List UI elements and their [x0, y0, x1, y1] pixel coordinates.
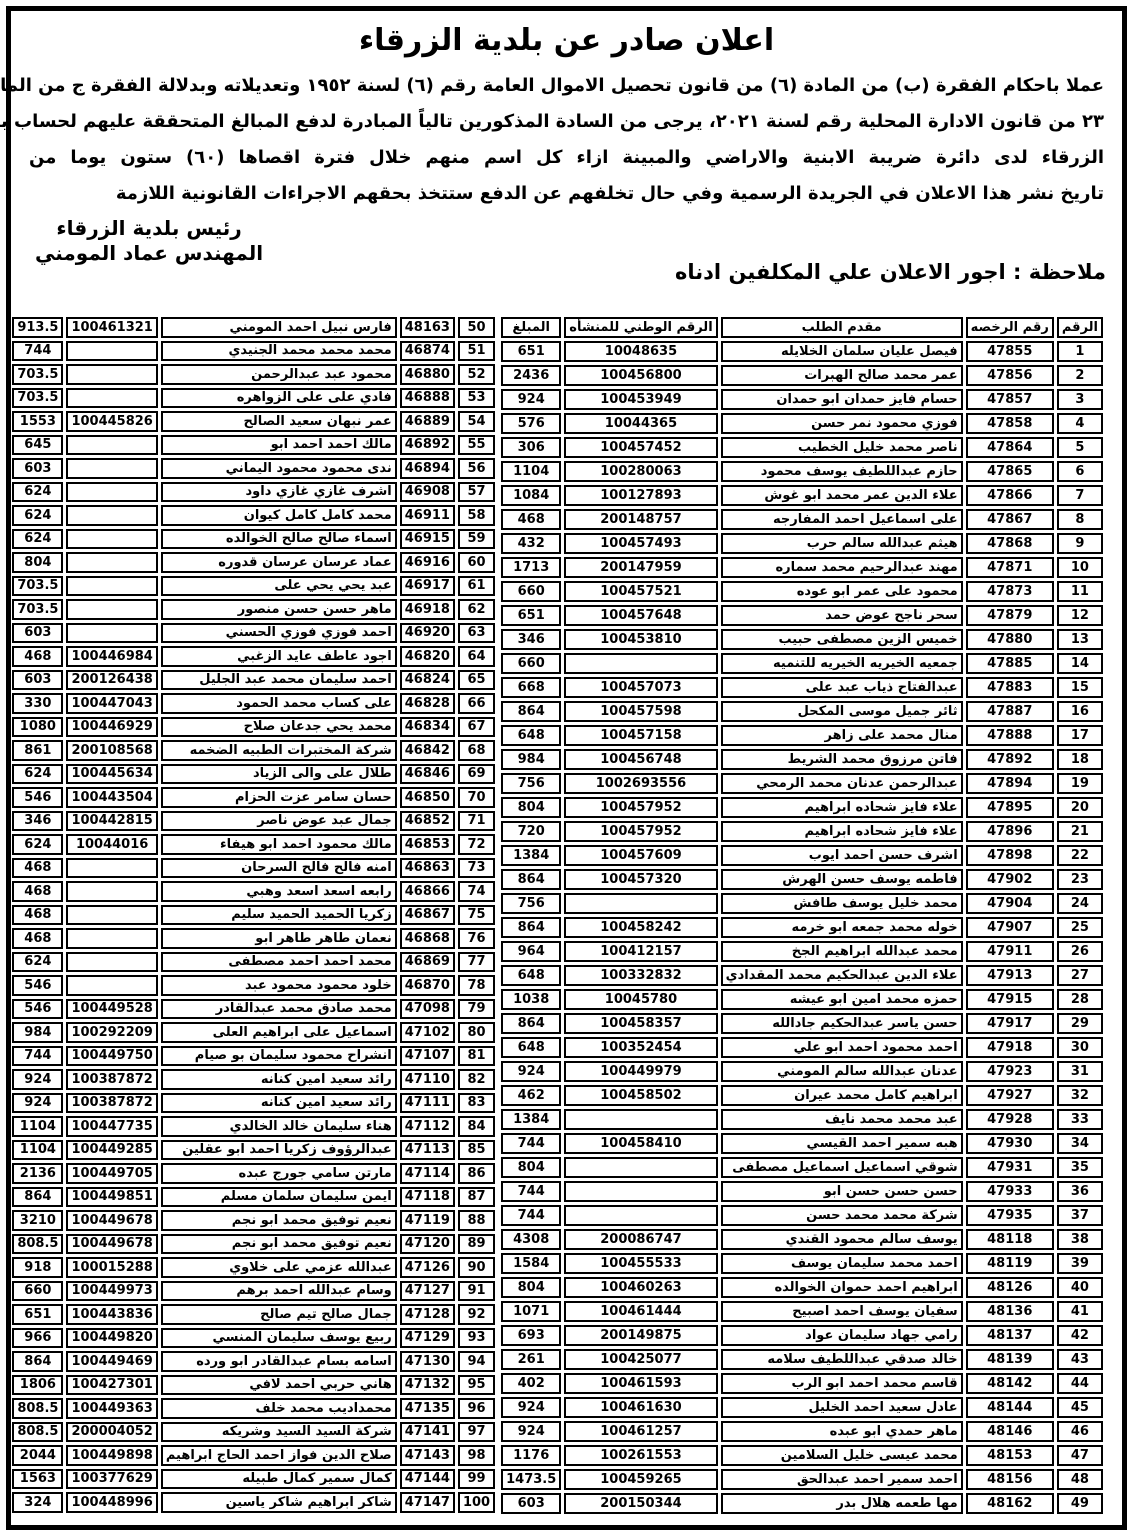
national-id-cell: 100461257 — [564, 1421, 717, 1442]
applicant-name-cell: نعيم توفيق محمد ابو نجم — [161, 1210, 397, 1231]
license-number-cell: 47917 — [966, 1013, 1054, 1034]
license-number-cell: 47895 — [966, 797, 1054, 818]
license-number-cell: 48162 — [966, 1493, 1054, 1514]
column-header: مقدم الطلب — [721, 317, 963, 338]
table-row: 747866علاء الدين عمر محمد ابو غوش1001278… — [501, 485, 1103, 506]
applicant-name-cell: سحر ناجح عوض حمد — [721, 605, 963, 626]
amount-cell: 261 — [501, 1349, 561, 1370]
row-number-cell: 33 — [1057, 1109, 1103, 1130]
license-number-cell: 47933 — [966, 1181, 1054, 1202]
row-number-cell: 5 — [1057, 437, 1103, 458]
license-number-cell: 46863 — [400, 858, 455, 879]
national-id-cell — [564, 653, 717, 674]
license-number-cell: 46868 — [400, 928, 455, 949]
row-number-cell: 11 — [1057, 581, 1103, 602]
license-number-cell: 46867 — [400, 905, 455, 926]
table-row: 4848156احمد سمير احمد عبدالحق10045926514… — [501, 1469, 1103, 1490]
license-number-cell: 47871 — [966, 557, 1054, 578]
amount-cell: 648 — [501, 725, 561, 746]
license-number-cell: 46874 — [400, 341, 455, 362]
table-row: 8847119نعيم توفيق محمد ابو نجم1004496783… — [12, 1210, 495, 1231]
applicant-name-cell: اجود عاطف عايد الزغبي — [161, 646, 397, 667]
row-number-cell: 94 — [458, 1351, 495, 1372]
license-number-cell: 47129 — [400, 1328, 455, 1349]
row-number-cell: 41 — [1057, 1301, 1103, 1322]
applicant-name-cell: خالد صدقي عبداللطيف سلامه — [721, 1349, 963, 1370]
national-id-cell — [66, 928, 157, 949]
license-number-cell: 48163 — [400, 317, 455, 338]
license-number-cell: 46870 — [400, 975, 455, 996]
applicant-name-cell: حازم عبداللطيف يوسف محمود — [721, 461, 963, 482]
row-number-cell: 71 — [458, 811, 495, 832]
applicant-name-cell: نعيم توفيق محمد ابو نجم — [161, 1234, 397, 1255]
table-row: 7346863امنه فالح فالح السرحان468 — [12, 858, 495, 879]
table-row: 8247110رائد سعيد امين كنانه100387872924 — [12, 1069, 495, 1090]
applicant-name-cell: شوقي اسماعيل اسماعيل مصطفى — [721, 1157, 963, 1178]
amount-cell: 756 — [501, 773, 561, 794]
table-row: 1847892فاتن مرزوق محمد الشريط10045674898… — [501, 749, 1103, 770]
header-row: الرقمرقم الرخصهمقدم الطلبالرقم الوطني لل… — [501, 317, 1103, 338]
national-id-cell: 100461630 — [564, 1397, 717, 1418]
table-row: 4048126ابراهيم احمد حموان الخوالده100460… — [501, 1277, 1103, 1298]
applicant-name-cell: احمد سليمان محمد عبد الجليل — [161, 670, 397, 691]
national-id-cell: 100449285 — [66, 1140, 157, 1161]
license-number-cell: 47904 — [966, 893, 1054, 914]
applicant-name-cell: نعمان طاهر طاهر ابو — [161, 928, 397, 949]
national-id-cell: 200108568 — [66, 740, 157, 761]
applicant-name-cell: ثائر جميل موسى المكحل — [721, 701, 963, 722]
table-row: 4648146ماهر حمدي ابو عبده100461257924 — [501, 1421, 1103, 1442]
national-id-cell: 100292209 — [66, 1022, 157, 1043]
applicant-name-cell: عادل سعيد احمد الخليل — [721, 1397, 963, 1418]
row-number-cell: 37 — [1057, 1205, 1103, 1226]
national-id-cell: 100457320 — [564, 869, 717, 890]
applicant-name-cell: زكريا الحميد الحميد سليم — [161, 905, 397, 926]
license-number-cell: 47135 — [400, 1398, 455, 1419]
applicant-name-cell: ربيع يوسف سليمان المنسي — [161, 1328, 397, 1349]
row-number-cell: 78 — [458, 975, 495, 996]
license-number-cell: 46892 — [400, 435, 455, 456]
applicant-name-cell: انشراح محمود سليمان بو صيام — [161, 1046, 397, 1067]
amount-cell: 756 — [501, 893, 561, 914]
license-number-cell: 47127 — [400, 1281, 455, 1302]
row-number-cell: 76 — [458, 928, 495, 949]
applicant-name-cell: عبدالرحمن عدنان محمد الرمحي — [721, 773, 963, 794]
row-number-cell: 24 — [1057, 893, 1103, 914]
national-id-cell — [66, 552, 157, 573]
row-number-cell: 97 — [458, 1422, 495, 1443]
national-id-cell — [66, 952, 157, 973]
table-row: 547864ناصر محمد خليل الخطيب100457452306 — [501, 437, 1103, 458]
row-number-cell: 54 — [458, 411, 495, 432]
national-id-cell: 100459265 — [564, 1469, 717, 1490]
row-number-cell: 25 — [1057, 917, 1103, 938]
table-row: 9647135محمداديب محمد خلف100449363808.5 — [12, 1398, 495, 1419]
row-number-cell: 44 — [1057, 1373, 1103, 1394]
applicant-name-cell: جمعيه الخيريه الخيريه للتنميه — [721, 653, 963, 674]
table-row: 147855فيصل عليان سلمان الخلايله100486356… — [501, 341, 1103, 362]
national-id-cell — [564, 893, 717, 914]
table-row: 7446866رابعه اسعد اسعد وهبي468 — [12, 881, 495, 902]
license-number-cell: 48144 — [966, 1397, 1054, 1418]
license-number-cell: 47894 — [966, 773, 1054, 794]
table-row: 8947120نعيم توفيق محمد ابو نجم1004496788… — [12, 1234, 495, 1255]
amount-cell: 703.5 — [12, 364, 63, 385]
amount-cell: 1176 — [501, 1445, 561, 1466]
national-id-cell: 100460263 — [564, 1277, 717, 1298]
applicant-name-cell: اسماء صالح صالح الخوالده — [161, 529, 397, 550]
national-id-cell: 100280063 — [564, 461, 717, 482]
table-row: 4748153محمد عيسى خليل السلامين1002615531… — [501, 1445, 1103, 1466]
row-number-cell: 39 — [1057, 1253, 1103, 1274]
applicant-name-cell: فاطمه يوسف حسن الهرش — [721, 869, 963, 890]
amount-cell: 624 — [12, 482, 63, 503]
table-row: 5146874محمد محمد محمد الجنيدي744 — [12, 341, 495, 362]
national-id-cell: 100352454 — [564, 1037, 717, 1058]
amount-cell: 1473.5 — [501, 1469, 561, 1490]
national-id-cell: 100449678 — [66, 1234, 157, 1255]
amount-cell: 468 — [501, 509, 561, 530]
license-number-cell: 47918 — [966, 1037, 1054, 1058]
amount-cell: 703.5 — [12, 576, 63, 597]
amount-cell: 808.5 — [12, 1234, 63, 1255]
national-id-cell — [564, 1205, 717, 1226]
applicant-name-cell: عبدالرؤوف زكريا احمد ابو عقلين — [161, 1140, 397, 1161]
national-id-cell — [66, 482, 157, 503]
amount-cell: 1384 — [501, 845, 561, 866]
table-row: 5746908اشرف غازي غازي داود624 — [12, 482, 495, 503]
national-id-cell: 200004052 — [66, 1422, 157, 1443]
table-row: 5546892مالك احمد احمد ابو645 — [12, 435, 495, 456]
row-number-cell: 88 — [458, 1210, 495, 1231]
amount-cell: 468 — [12, 905, 63, 926]
row-number-cell: 13 — [1057, 629, 1103, 650]
table-row: 6346920احمد فوزي فوزي الحسني603 — [12, 623, 495, 644]
license-number-cell: 47902 — [966, 869, 1054, 890]
national-id-cell: 100449528 — [66, 999, 157, 1020]
row-number-cell: 63 — [458, 623, 495, 644]
table-row: 5048163فارس نبيل احمد المومني10046132191… — [12, 317, 495, 338]
license-number-cell: 47126 — [400, 1257, 455, 1278]
national-id-cell: 100458357 — [564, 1013, 717, 1034]
body-line: تاريخ نشر هذا الاعلان في الجريدة الرسمية… — [29, 176, 1104, 212]
national-id-cell: 100332832 — [564, 965, 717, 986]
table-row: 7846870خلود محمود محمود عبد546 — [12, 975, 495, 996]
table-row: 7146852جمال عبد عوض ناصر100442815346 — [12, 811, 495, 832]
license-number-cell: 47927 — [966, 1085, 1054, 1106]
national-id-cell — [66, 975, 157, 996]
license-number-cell: 46894 — [400, 458, 455, 479]
national-id-cell — [66, 905, 157, 926]
applicant-name-cell: محمود على عمر ابو عوده — [721, 581, 963, 602]
table-row: 5446889عمر نبهان سعيد الصالح100445826155… — [12, 411, 495, 432]
license-number-cell: 46869 — [400, 952, 455, 973]
signature-title: رئيس بلدية الزرقاء — [35, 216, 263, 241]
applicant-name-cell: هناء سليمان خالد الخالدي — [161, 1116, 397, 1137]
amount-cell: 924 — [12, 1069, 63, 1090]
table-row: 5646894ندى محمود محمود اليماني603 — [12, 458, 495, 479]
row-number-cell: 28 — [1057, 989, 1103, 1010]
national-id-cell: 100015288 — [66, 1257, 157, 1278]
license-number-cell: 47858 — [966, 413, 1054, 434]
amount-cell: 2436 — [501, 365, 561, 386]
amount-cell: 804 — [501, 797, 561, 818]
license-number-cell: 47880 — [966, 629, 1054, 650]
license-number-cell: 46834 — [400, 717, 455, 738]
row-number-cell: 27 — [1057, 965, 1103, 986]
license-number-cell: 46824 — [400, 670, 455, 691]
national-id-cell: 100425077 — [564, 1349, 717, 1370]
license-number-cell: 46820 — [400, 646, 455, 667]
license-number-cell: 47120 — [400, 1234, 455, 1255]
license-number-cell: 47113 — [400, 1140, 455, 1161]
national-id-cell: 100427301 — [66, 1375, 157, 1396]
amount-cell: 468 — [12, 928, 63, 949]
applicant-name-cell: عبد محمد محمد نايف — [721, 1109, 963, 1130]
applicant-name-cell: علاء الدين عبدالحكيم محمد المقدادي — [721, 965, 963, 986]
license-number-cell: 47915 — [966, 989, 1054, 1010]
amount-cell: 804 — [501, 1157, 561, 1178]
row-number-cell: 72 — [458, 834, 495, 855]
license-number-cell: 47856 — [966, 365, 1054, 386]
license-number-cell: 47107 — [400, 1046, 455, 1067]
applicant-name-cell: حسام فايز حمدان ابو حمدان — [721, 389, 963, 410]
national-id-cell: 100261553 — [564, 1445, 717, 1466]
license-number-cell: 47911 — [966, 941, 1054, 962]
national-id-cell: 100449750 — [66, 1046, 157, 1067]
row-number-cell: 53 — [458, 388, 495, 409]
table-row: 8147107انشراح محمود سليمان بو صيام100449… — [12, 1046, 495, 1067]
national-id-cell: 100442815 — [66, 811, 157, 832]
row-number-cell: 6 — [1057, 461, 1103, 482]
amount-cell: 1104 — [501, 461, 561, 482]
amount-cell: 1584 — [501, 1253, 561, 1274]
row-number-cell: 2 — [1057, 365, 1103, 386]
national-id-cell: 100447043 — [66, 693, 157, 714]
table-row: 4548144عادل سعيد احمد الخليل100461630924 — [501, 1397, 1103, 1418]
row-number-cell: 75 — [458, 905, 495, 926]
row-number-cell: 14 — [1057, 653, 1103, 674]
license-number-cell: 47855 — [966, 341, 1054, 362]
table-row: 2847915حمزه محمد امين ابو عيشه1004578010… — [501, 989, 1103, 1010]
row-number-cell: 79 — [458, 999, 495, 1020]
license-number-cell: 48118 — [966, 1229, 1054, 1250]
amount-cell: 1104 — [12, 1116, 63, 1137]
amount-cell: 346 — [12, 811, 63, 832]
amount-cell: 306 — [501, 437, 561, 458]
applicant-name-cell: جمال صالح تيم صالح — [161, 1304, 397, 1325]
row-number-cell: 22 — [1057, 845, 1103, 866]
table-row: 7947098محمد صادق محمد عبدالقادر100449528… — [12, 999, 495, 1020]
amount-cell: 3210 — [12, 1210, 63, 1231]
row-number-cell: 98 — [458, 1445, 495, 1466]
amount-cell: 576 — [501, 413, 561, 434]
applicant-name-cell: حسان سامر عزت الحزام — [161, 787, 397, 808]
license-number-cell: 46866 — [400, 881, 455, 902]
row-number-cell: 36 — [1057, 1181, 1103, 1202]
table-row: 647865حازم عبداللطيف يوسف محمود100280063… — [501, 461, 1103, 482]
table-row: 9447130اسامه بسام عبدالقادر ابو ورده1004… — [12, 1351, 495, 1372]
applicant-name-cell: ابراهيم احمد حموان الخوالده — [721, 1277, 963, 1298]
table-row: 2347902فاطمه يوسف حسن الهرش100457320864 — [501, 869, 1103, 890]
applicant-name-cell: علاء فايز شحاده ابراهيم — [721, 821, 963, 842]
national-id-cell — [66, 881, 157, 902]
table-row: 1947894عبدالرحمن عدنان محمد الرمحي100269… — [501, 773, 1103, 794]
applicant-name-cell: خلود محمود محمود عبد — [161, 975, 397, 996]
license-number-cell: 46911 — [400, 505, 455, 526]
table-row: 7746869محمد احمد احمد مصطفى624 — [12, 952, 495, 973]
page-frame: اعلان صادر عن بلدية الزرقاء عملا باحكام … — [6, 6, 1127, 1530]
amount-cell: 546 — [12, 975, 63, 996]
row-number-cell: 51 — [458, 341, 495, 362]
license-number-cell: 46846 — [400, 764, 455, 785]
table-row: 4248137رامي جهاد سليمان عواد200149875693 — [501, 1325, 1103, 1346]
table-row: 1347880خميس الزين مصطفى حبيب100453810346 — [501, 629, 1103, 650]
amount-cell: 468 — [12, 858, 63, 879]
amount-cell: 668 — [501, 677, 561, 698]
license-number-cell: 47935 — [966, 1205, 1054, 1226]
row-number-cell: 90 — [458, 1257, 495, 1278]
license-number-cell: 47887 — [966, 701, 1054, 722]
applicant-name-cell: مالك محمود احمد ابو هيفاء — [161, 834, 397, 855]
national-id-cell: 100449973 — [66, 1281, 157, 1302]
row-number-cell: 95 — [458, 1375, 495, 1396]
table-row: 1147873محمود على عمر ابو عوده10045752166… — [501, 581, 1103, 602]
license-number-cell: 47923 — [966, 1061, 1054, 1082]
row-number-cell: 43 — [1057, 1349, 1103, 1370]
table-row: 3047918احمد محمود احمد ابو علي1003524546… — [501, 1037, 1103, 1058]
row-number-cell: 29 — [1057, 1013, 1103, 1034]
table-row: 2947917حسن ياسر عبدالحكيم جادالله1004583… — [501, 1013, 1103, 1034]
license-number-cell: 48153 — [966, 1445, 1054, 1466]
national-id-cell: 200150344 — [564, 1493, 717, 1514]
row-number-cell: 47 — [1057, 1445, 1103, 1466]
row-number-cell: 30 — [1057, 1037, 1103, 1058]
amount-cell: 324 — [12, 1492, 63, 1513]
amount-cell: 468 — [12, 646, 63, 667]
amount-cell: 703.5 — [12, 599, 63, 620]
license-number-cell: 47865 — [966, 461, 1054, 482]
amount-cell: 744 — [501, 1133, 561, 1154]
national-id-cell: 100443836 — [66, 1304, 157, 1325]
amount-cell: 624 — [12, 834, 63, 855]
national-id-cell: 100458242 — [564, 917, 717, 938]
license-number-cell: 47102 — [400, 1022, 455, 1043]
applicant-name-cell: طلال على والى الزياد — [161, 764, 397, 785]
applicant-name-cell: منال محمد على زاهر — [721, 725, 963, 746]
license-number-cell: 48119 — [966, 1253, 1054, 1274]
table-row: 3647933حسن حسن حسن ابو744 — [501, 1181, 1103, 1202]
license-number-cell: 47888 — [966, 725, 1054, 746]
amount-cell: 744 — [501, 1181, 561, 1202]
amount-cell: 804 — [12, 552, 63, 573]
license-number-cell: 47098 — [400, 999, 455, 1020]
row-number-cell: 17 — [1057, 725, 1103, 746]
row-number-cell: 50 — [458, 317, 495, 338]
national-id-cell: 100449705 — [66, 1163, 157, 1184]
table-row: 7046850حسان سامر عزت الحزام100443504546 — [12, 787, 495, 808]
applicant-name-cell: رائد سعيد امين كنانه — [161, 1093, 397, 1114]
national-id-cell — [564, 1109, 717, 1130]
applicant-name-cell: ناصر محمد خليل الخطيب — [721, 437, 963, 458]
applicant-name-cell: حمزه محمد امين ابو عيشه — [721, 989, 963, 1010]
applicant-name-cell: ماهر حمدي ابو عبده — [721, 1421, 963, 1442]
applicant-name-cell: خميس الزين مصطفى حبيب — [721, 629, 963, 650]
table-row: 247856عمر محمد صالح الهبرات1004568002436 — [501, 365, 1103, 386]
license-number-cell: 47128 — [400, 1304, 455, 1325]
table-row: 8447112هناء سليمان خالد الخالدي100447735… — [12, 1116, 495, 1137]
amount-cell: 651 — [12, 1304, 63, 1325]
applicant-name-cell: جمال عبد عوض ناصر — [161, 811, 397, 832]
table-row: 1547883عبدالفتاح ذياب عبد على10045707366… — [501, 677, 1103, 698]
row-number-cell: 64 — [458, 646, 495, 667]
row-number-cell: 77 — [458, 952, 495, 973]
table-row: 9747141شركة السيد السيد وشريكه2000040528… — [12, 1422, 495, 1443]
amount-cell: 703.5 — [12, 388, 63, 409]
amount-cell: 651 — [501, 605, 561, 626]
national-id-cell — [66, 505, 157, 526]
amount-cell: 660 — [12, 1281, 63, 1302]
applicant-name-cell: محمد يحي جدعان صلاح — [161, 717, 397, 738]
license-number-cell: 47879 — [966, 605, 1054, 626]
table-row: 6246918ماهر حسن حسن منصور703.5 — [12, 599, 495, 620]
applicant-name-cell: محمد محمد محمد الجنيدي — [161, 341, 397, 362]
row-number-cell: 16 — [1057, 701, 1103, 722]
table-row: 7646868نعمان طاهر طاهر ابو468 — [12, 928, 495, 949]
table-row: 947868هيثم عبدالله سالم حرب100457493432 — [501, 533, 1103, 554]
table-row: 9547132هاني حربي احمد لافي1004273011806 — [12, 1375, 495, 1396]
amount-cell: 648 — [501, 965, 561, 986]
amount-cell: 330 — [12, 693, 63, 714]
national-id-cell — [66, 529, 157, 550]
license-number-cell: 46915 — [400, 529, 455, 550]
table-row: 9947144كمال سمير كمال طبيله1003776291563 — [12, 1469, 495, 1490]
license-number-cell: 47898 — [966, 845, 1054, 866]
row-number-cell: 8 — [1057, 509, 1103, 530]
row-number-cell: 23 — [1057, 869, 1103, 890]
applicant-name-cell: رائد سعيد امين كنانه — [161, 1069, 397, 1090]
table-row: 6946846طلال على والى الزياد100445634624 — [12, 764, 495, 785]
row-number-cell: 38 — [1057, 1229, 1103, 1250]
row-number-cell: 48 — [1057, 1469, 1103, 1490]
applicant-name-cell: عماد عرسان عرسان قدوره — [161, 552, 397, 573]
applicant-name-cell: محمد عبدالله ابراهيم الجخ — [721, 941, 963, 962]
amount-cell: 964 — [501, 941, 561, 962]
row-number-cell: 10 — [1057, 557, 1103, 578]
national-id-cell: 200086747 — [564, 1229, 717, 1250]
row-number-cell: 40 — [1057, 1277, 1103, 1298]
table-row: 4348139خالد صدقي عبداللطيف سلامه10042507… — [501, 1349, 1103, 1370]
national-id-cell: 100457158 — [564, 725, 717, 746]
table-row: 2147896علاء فايز شحاده ابراهيم1004579527… — [501, 821, 1103, 842]
applicant-name-cell: امنه فالح فالح السرحان — [161, 858, 397, 879]
national-id-cell: 100446929 — [66, 717, 157, 738]
license-number-cell: 47112 — [400, 1116, 455, 1137]
table-row: 9847143صلاح الدين فواز احمد الحاج ابراهي… — [12, 1445, 495, 1466]
license-number-cell: 47143 — [400, 1445, 455, 1466]
amount-cell: 651 — [501, 341, 561, 362]
applicant-name-cell: على اسماعيل احمد المفارجه — [721, 509, 963, 530]
table-row: 3747935شركة محمد محمد حسن744 — [501, 1205, 1103, 1226]
row-number-cell: 20 — [1057, 797, 1103, 818]
table-row: 8347111رائد سعيد امين كنانه100387872924 — [12, 1093, 495, 1114]
row-number-cell: 3 — [1057, 389, 1103, 410]
applicant-name-cell: محمد عيسى خليل السلامين — [721, 1445, 963, 1466]
row-number-cell: 85 — [458, 1140, 495, 1161]
amount-cell: 1084 — [501, 485, 561, 506]
national-id-cell: 200147959 — [564, 557, 717, 578]
license-number-cell: 47896 — [966, 821, 1054, 842]
